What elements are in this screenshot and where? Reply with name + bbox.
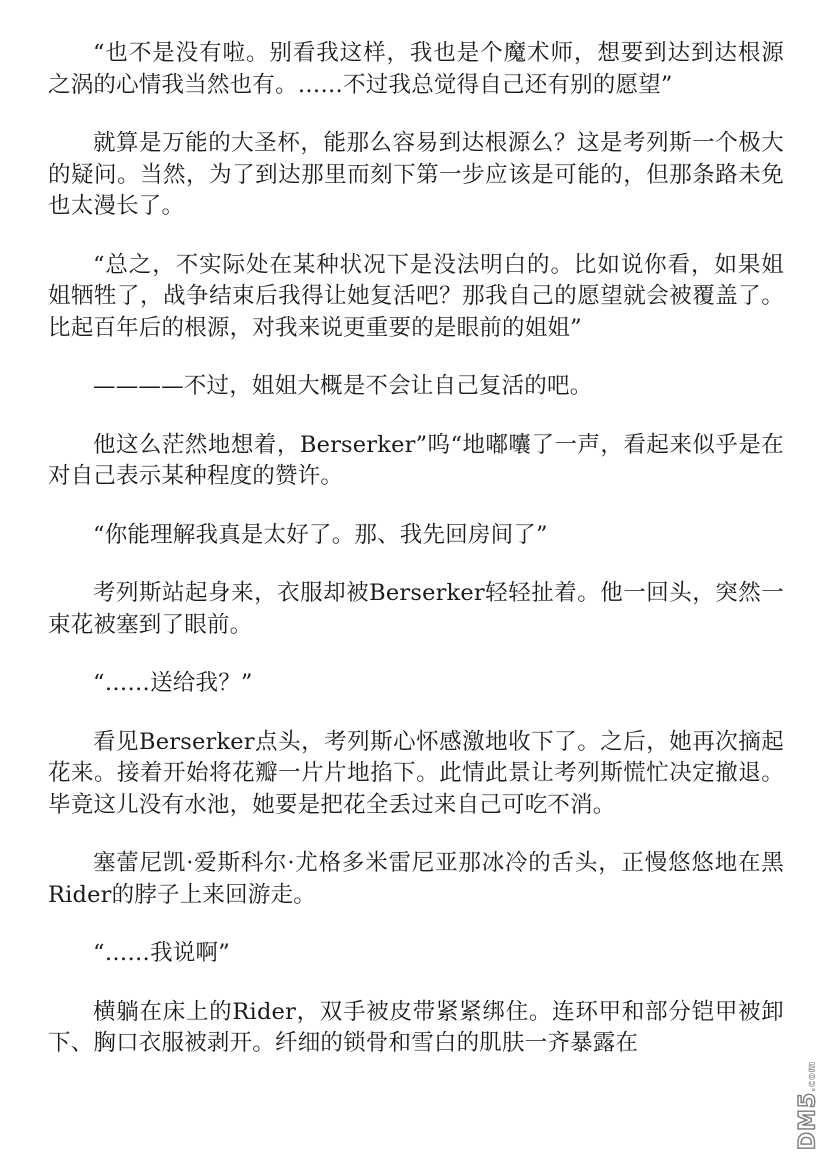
paragraph: 横躺在床上的Rider，双手被皮带紧紧绑住。连环甲和部分铠甲被卸下、胸口衣服被剥… xyxy=(48,997,784,1060)
paragraph: “总之，不实际处在某种状况下是没法明白的。比如说你看，如果姐姐牺牲了，战争结束后… xyxy=(48,250,784,345)
document-page: “也不是没有啦。别看我这样，我也是个魔术师，想要到达到达根源之涡的心情我当然也有… xyxy=(48,38,784,1087)
paragraph: 他这么茫然地想着，Berserker”呜“地嘟囔了一声，看起来似乎是在对自己表示… xyxy=(48,430,784,493)
paragraph: “你能理解我真是太好了。那、我先回房间了” xyxy=(48,520,784,552)
paragraph: 看见Berserker点头，考列斯心怀感激地收下了。之后，她再次摘起花来。接着开… xyxy=(48,727,784,822)
paragraph: 就算是万能的大圣杯，能那么容易到达根源么？这是考列斯一个极大的疑问。当然，为了到… xyxy=(48,128,784,223)
watermark-logo: DM5.com xyxy=(794,1055,822,1155)
paragraph: “也不是没有啦。别看我这样，我也是个魔术师，想要到达到达根源之涡的心情我当然也有… xyxy=(48,38,784,101)
paragraph: 考列斯站起身来，衣服却被Berserker轻轻扯着。他一回头，突然一束花被塞到了… xyxy=(48,578,784,641)
paragraph: 塞蕾尼凯·爱斯科尔·尤格多米雷尼亚那冰冷的舌头，正慢悠悠地在黑Rider的脖子上… xyxy=(48,848,784,911)
watermark-text: DM5.com xyxy=(796,1060,821,1150)
paragraph: ————不过，姐姐大概是不会让自己复活的吧。 xyxy=(48,371,784,403)
paragraph: “……我说啊” xyxy=(48,938,784,970)
paragraph: “……送给我？” xyxy=(48,668,784,700)
